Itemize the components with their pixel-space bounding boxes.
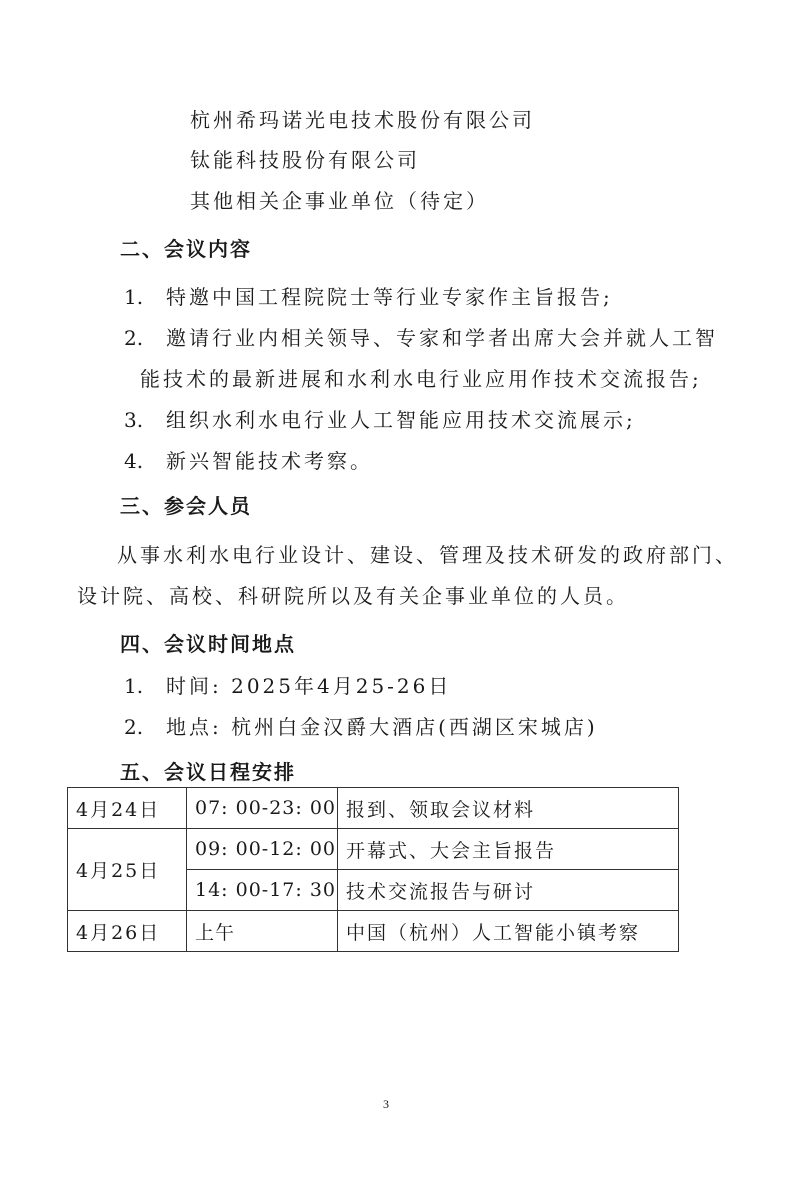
content-item: 3.组织水利水电行业人工智能应用技术交流展示; (124, 408, 636, 432)
time-cell: 09: 00-12: 00 (187, 829, 338, 870)
activity-cell: 报到、领取会议材料 (338, 788, 679, 829)
item-number: 4. (124, 449, 166, 473)
attendees-paragraph-line: 设计院、高校、科研院所以及有关企事业单位的人员。 (77, 584, 629, 608)
location-item: 2.地点: 杭州白金汉爵大酒店(西湖区宋城店) (124, 715, 598, 739)
item-number: 2. (124, 715, 166, 739)
content-item: 4.新兴智能技术考察。 (124, 449, 373, 473)
item-number: 2. (124, 326, 166, 350)
section-heading-time-location: 四、会议时间地点 (120, 632, 296, 656)
time-cell: 07: 00-23: 00 (187, 788, 338, 829)
item-number: 1. (124, 285, 166, 309)
table-row: 4月26日 上午 中国（杭州）人工智能小镇考察 (68, 911, 679, 952)
content-item: 1.特邀中国工程院院士等行业专家作主旨报告; (124, 285, 613, 309)
date-cell: 4月24日 (68, 788, 187, 829)
organizer-item: 其他相关企事业单位（待定） (190, 189, 489, 213)
item-text: 地点: 杭州白金汉爵大酒店(西湖区宋城店) (166, 715, 598, 739)
page-number: 3 (383, 1097, 389, 1112)
time-item: 1.时间: 2025年4月25-26日 (124, 674, 451, 698)
item-text: 邀请行业内相关领导、专家和学者出席大会并就人工智 (166, 326, 718, 350)
activity-cell: 中国（杭州）人工智能小镇考察 (338, 911, 679, 952)
section-heading-meeting-content: 二、会议内容 (120, 237, 252, 261)
item-text: 时间: 2025年4月25-26日 (166, 674, 451, 698)
activity-cell: 技术交流报告与研讨 (338, 870, 679, 911)
item-text: 特邀中国工程院院士等行业专家作主旨报告; (166, 285, 613, 309)
content-item-continuation: 能技术的最新进展和水利水电行业应用作技术交流报告; (140, 367, 702, 391)
attendees-paragraph-line: 从事水利水电行业设计、建设、管理及技术研发的政府部门、 (117, 543, 738, 567)
section-heading-schedule: 五、会议日程安排 (120, 760, 296, 784)
item-text: 新兴智能技术考察。 (166, 449, 373, 473)
date-cell: 4月25日 (68, 829, 187, 911)
item-number: 1. (124, 674, 166, 698)
content-item: 2.邀请行业内相关领导、专家和学者出席大会并就人工智 (124, 326, 718, 350)
date-cell: 4月26日 (68, 911, 187, 952)
organizer-item: 杭州希玛诺光电技术股份有限公司 (190, 108, 535, 132)
time-cell: 上午 (187, 911, 338, 952)
activity-cell: 开幕式、大会主旨报告 (338, 829, 679, 870)
time-cell: 14: 00-17: 30 (187, 870, 338, 911)
schedule-table: 4月24日 07: 00-23: 00 报到、领取会议材料 4月25日 09: … (67, 787, 679, 952)
item-number: 3. (124, 408, 166, 432)
item-text: 组织水利水电行业人工智能应用技术交流展示; (166, 408, 636, 432)
table-row: 4月25日 09: 00-12: 00 开幕式、大会主旨报告 (68, 829, 679, 870)
table-row: 4月24日 07: 00-23: 00 报到、领取会议材料 (68, 788, 679, 829)
section-heading-attendees: 三、参会人员 (120, 494, 252, 518)
organizer-item: 钛能科技股份有限公司 (190, 148, 420, 172)
